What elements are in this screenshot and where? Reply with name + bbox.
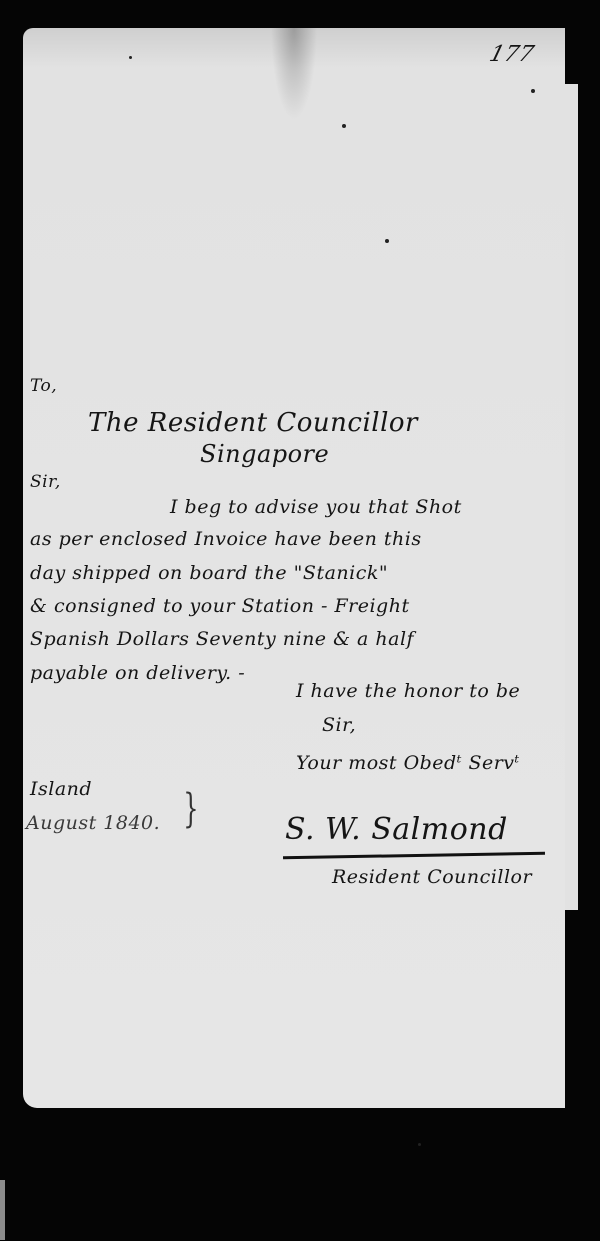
ink-speck <box>342 124 346 128</box>
closing-line-1: I have the honor to be <box>296 680 520 702</box>
date-place: Island <box>30 778 92 800</box>
page-edge-tab <box>565 84 578 910</box>
salutation: Sir, <box>30 472 61 492</box>
ink-speck <box>129 56 132 59</box>
brace-mark: } <box>183 786 199 832</box>
body-line-1: I beg to advise you that Shot <box>170 496 462 518</box>
body-line-2: as per enclosed Invoice have been this <box>30 528 422 550</box>
ink-speck <box>385 239 389 243</box>
page-number: 177 <box>487 42 537 67</box>
body-line-4: & consigned to your Station - Freight <box>30 595 410 617</box>
recipient-place: Singapore <box>200 440 329 468</box>
closing-line-2: Sir, <box>322 714 356 736</box>
recipient-name: The Resident Councillor <box>88 408 418 438</box>
ink-speck <box>418 1143 421 1146</box>
recipient-prefix: To, <box>30 376 57 396</box>
scan-edge-strip <box>0 1180 5 1240</box>
ink-speck <box>531 89 535 93</box>
body-line-6: payable on delivery. - <box>30 662 245 684</box>
date-month-year: August 1840. <box>26 812 160 834</box>
body-line-3: day shipped on board the "Stanick" <box>30 562 388 584</box>
body-line-5: Spanish Dollars Seventy nine & a half <box>30 628 414 650</box>
closing-line-3: Your most Obedᵗ Servᵗ <box>296 752 520 774</box>
signatory-title: Resident Councillor <box>332 866 532 888</box>
signature: S. W. Salmond <box>285 812 508 847</box>
